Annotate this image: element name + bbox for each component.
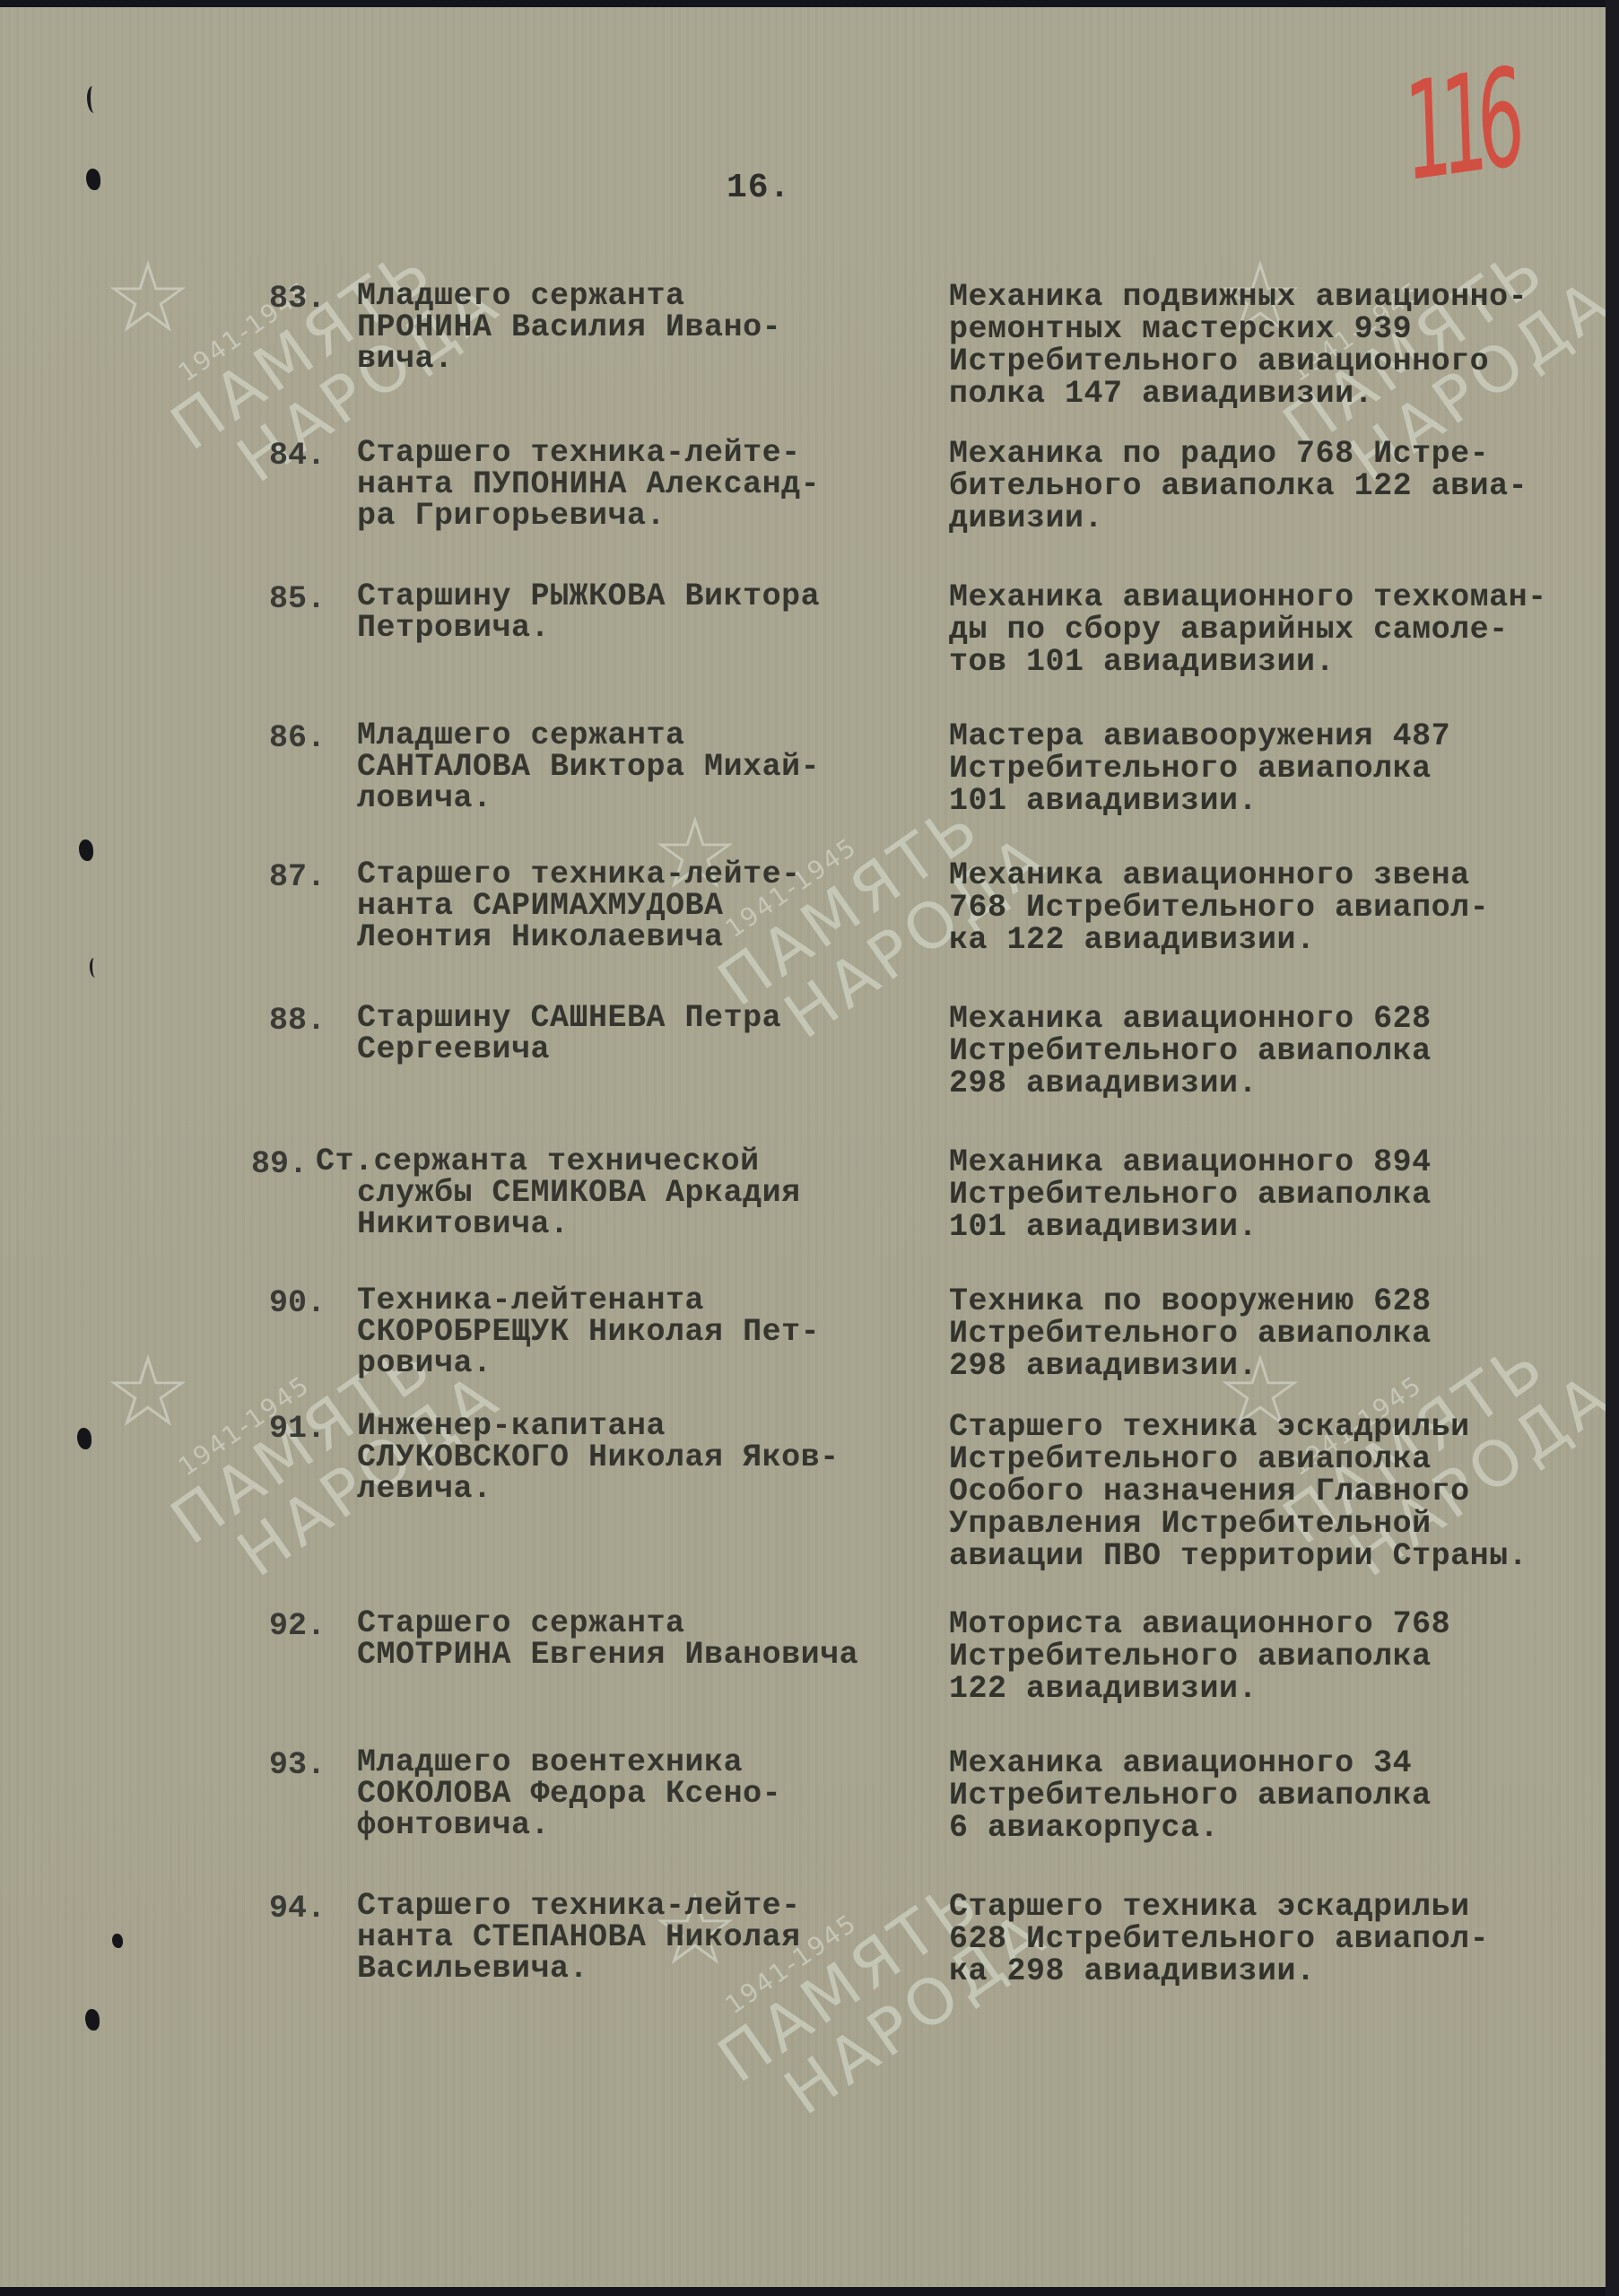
position-line: ка 298 авиадивизии.: [949, 1955, 1606, 1987]
position-line: 101 авиадивизии.: [949, 785, 1606, 817]
entry-person: Старшего техника-лейте-нанта СТЕПАНОВА Н…: [357, 1891, 931, 1985]
entry-number: 93.: [269, 1747, 350, 1783]
position-line: Моториста авиационного 768: [949, 1608, 1606, 1640]
punch-hole: [85, 2009, 100, 2031]
entry-number: 85.: [269, 581, 350, 617]
scan-border: [1606, 0, 1619, 2296]
person-line: Старшего техника-лейте-: [357, 1891, 931, 1922]
position-line: Механика авиационного 894: [949, 1146, 1606, 1178]
entry-number: 86.: [269, 720, 350, 756]
person-line: Младшего воентехника: [357, 1747, 931, 1779]
entry-number: 92.: [269, 1608, 350, 1644]
person-line: Васильевича.: [357, 1953, 931, 1985]
position-line: дивизии.: [949, 502, 1606, 535]
position-line: Механика авиационного 628: [949, 1003, 1606, 1035]
position-line: Истребительного авиаполка: [949, 752, 1606, 785]
position-line: Старшего техника эскадрильи: [949, 1891, 1606, 1923]
person-line: Младшего сержанта: [357, 281, 931, 312]
archive-page-number-handwritten: 116: [1395, 41, 1524, 211]
entry-number: 94.: [269, 1891, 350, 1926]
person-line: ПРОНИНА Василия Ивано-: [357, 312, 931, 344]
person-line: левича.: [357, 1474, 931, 1505]
position-line: 768 Истребительного авиапол-: [949, 891, 1606, 924]
person-line: Старшину РЫЖКОВА Виктора: [357, 581, 931, 613]
person-line: СКОРОБРЕЩУК Николая Пет-: [357, 1317, 931, 1348]
entry-position: Механика авиационного 628Истребительного…: [949, 1003, 1606, 1100]
entry-person: Старшину РЫЖКОВА ВиктораПетровича.: [357, 581, 931, 644]
position-line: полка 147 авиадивизии.: [949, 378, 1606, 410]
position-line: авиации ПВО территории Страны.: [949, 1540, 1606, 1572]
entry-position: Механика авиационного техкоман-ды по сбо…: [949, 581, 1606, 678]
entry-position: Старшего техника эскадрильиИстребительно…: [949, 1411, 1606, 1572]
position-line: 101 авиадивизии.: [949, 1211, 1606, 1243]
position-line: Старшего техника эскадрильи: [949, 1411, 1606, 1443]
person-line: СМОТРИНА Евгения Ивановича: [357, 1639, 931, 1671]
person-line: Техника-лейтенанта: [357, 1285, 931, 1317]
entry-number: 90.: [269, 1285, 350, 1321]
position-line: Механика по радио 768 Истре-: [949, 438, 1606, 470]
person-line: Леонтия Николаевича: [357, 922, 931, 953]
entry-number: 84.: [269, 438, 350, 474]
position-line: Истребительного авиаполка: [949, 1035, 1606, 1067]
person-line: ловича.: [357, 783, 931, 814]
position-line: 298 авиадивизии.: [949, 1350, 1606, 1382]
person-line: службы СЕМИКОВА Аркадия: [316, 1178, 890, 1209]
entry-person: Старшего техника-лейте-нанта САРИМАХМУДО…: [357, 859, 931, 953]
position-line: Истребительного авиаполка: [949, 1178, 1606, 1211]
star-icon: ☆: [104, 1335, 193, 1449]
punch-hole: [87, 86, 100, 113]
star-icon: ☆: [104, 240, 193, 355]
page-number: 16.: [727, 169, 790, 207]
position-line: ка 122 авиадивизии.: [949, 924, 1606, 956]
person-line: нанта САРИМАХМУДОВА: [357, 891, 931, 922]
position-line: Истребительного авиаполка: [949, 1779, 1606, 1812]
entry-number: 91.: [269, 1411, 350, 1447]
position-line: ремонтных мастерских 939: [949, 313, 1606, 345]
punch-hole: [79, 839, 93, 861]
position-line: 6 авиакорпуса.: [949, 1812, 1606, 1844]
position-line: 628 Истребительного авиапол-: [949, 1923, 1606, 1955]
person-line: Ст.сержанта технической: [316, 1146, 890, 1178]
document-page: ☆ 1941-1945 ПАМЯТЬ НАРОДА ☆ 1941-1945 ПА…: [0, 7, 1606, 2287]
position-line: Истребительного авиаполка: [949, 1640, 1606, 1673]
entry-position: Старшего техника эскадрильи628 Истребите…: [949, 1891, 1606, 1987]
entry-position: Механика авиационного 34Истребительного …: [949, 1747, 1606, 1844]
person-line: СОКОЛОВА Федора Ксено-: [357, 1779, 931, 1810]
entry-person: Младшего воентехникаСОКОЛОВА Федора Ксен…: [357, 1747, 931, 1841]
person-line: вича.: [357, 344, 931, 375]
position-line: Мастера авиавооружения 487: [949, 720, 1606, 752]
entry-position: Механика авиационного звена768 Истребите…: [949, 859, 1606, 956]
position-line: ды по сбору аварийных самоле-: [949, 613, 1606, 646]
position-line: Особого назначения Главного: [949, 1475, 1606, 1508]
position-line: Техника по вооружению 628: [949, 1285, 1606, 1318]
position-line: Механика авиационного звена: [949, 859, 1606, 891]
position-line: Истребительного авиационного: [949, 345, 1606, 378]
entry-person: Ст.сержанта техническойслужбы СЕМИКОВА А…: [316, 1146, 890, 1240]
entry-position: Техника по вооружению 628Истребительного…: [949, 1285, 1606, 1382]
entry-number: 83.: [269, 281, 350, 317]
person-line: Старшего техника-лейте-: [357, 438, 931, 469]
position-line: Управления Истребительной: [949, 1508, 1606, 1540]
entry-position: Моториста авиационного 768Истребительног…: [949, 1608, 1606, 1705]
person-line: ра Григорьевича.: [357, 500, 931, 532]
entry-person: Младшего сержантаСАНТАЛОВА Виктора Михай…: [357, 720, 931, 814]
entry-person: Старшину САШНЕВА ПетраСергеевича: [357, 1003, 931, 1065]
punch-hole: [112, 1934, 123, 1948]
person-line: Никитовича.: [316, 1209, 890, 1240]
punch-hole: [77, 1428, 91, 1449]
position-line: Механика авиационного 34: [949, 1747, 1606, 1779]
person-line: СЛУКОВСКОГО Николая Яков-: [357, 1442, 931, 1474]
person-line: Младшего сержанта: [357, 720, 931, 752]
person-line: САНТАЛОВА Виктора Михай-: [357, 752, 931, 783]
position-line: бительного авиаполка 122 авиа-: [949, 470, 1606, 502]
position-line: 122 авиадивизии.: [949, 1673, 1606, 1705]
person-line: нанта СТЕПАНОВА Николая: [357, 1922, 931, 1953]
position-line: Механика авиационного техкоман-: [949, 581, 1606, 613]
entry-number: 88.: [269, 1003, 350, 1039]
entry-person: Старшего техника-лейте-нанта ПУПОНИНА Ал…: [357, 438, 931, 532]
person-line: Старшину САШНЕВА Петра: [357, 1003, 931, 1034]
person-line: нанта ПУПОНИНА Александ-: [357, 469, 931, 500]
entry-person: Инженер-капитанаСЛУКОВСКОГО Николая Яков…: [357, 1411, 931, 1505]
entry-position: Мастера авиавооружения 487Истребительног…: [949, 720, 1606, 817]
person-line: Сергеевича: [357, 1034, 931, 1065]
person-line: ровича.: [357, 1348, 931, 1379]
entry-person: Младшего сержантаПРОНИНА Василия Ивано-в…: [357, 281, 931, 375]
entry-person: Техника-лейтенантаСКОРОБРЕЩУК Николая Пе…: [357, 1285, 931, 1379]
position-line: тов 101 авиадивизии.: [949, 646, 1606, 678]
person-line: Старшего сержанта: [357, 1608, 931, 1639]
entry-position: Механика подвижных авиационно-ремонтных …: [949, 281, 1606, 410]
position-line: Истребительного авиаполка: [949, 1318, 1606, 1350]
position-line: Истребительного авиаполка: [949, 1443, 1606, 1475]
person-line: Старшего техника-лейте-: [357, 859, 931, 891]
entry-position: Механика авиационного 894Истребительного…: [949, 1146, 1606, 1243]
entry-number: 87.: [269, 859, 350, 895]
position-line: 298 авиадивизии.: [949, 1067, 1606, 1100]
punch-hole: [86, 169, 100, 190]
entry-person: Старшего сержантаСМОТРИНА Евгения Иванов…: [357, 1608, 931, 1671]
person-line: Петровича.: [357, 613, 931, 644]
person-line: фонтовича.: [357, 1810, 931, 1841]
entry-position: Механика по радио 768 Истре-бительного а…: [949, 438, 1606, 535]
person-line: Инженер-капитана: [357, 1411, 931, 1442]
position-line: Механика подвижных авиационно-: [949, 281, 1606, 313]
punch-hole: [90, 958, 100, 978]
